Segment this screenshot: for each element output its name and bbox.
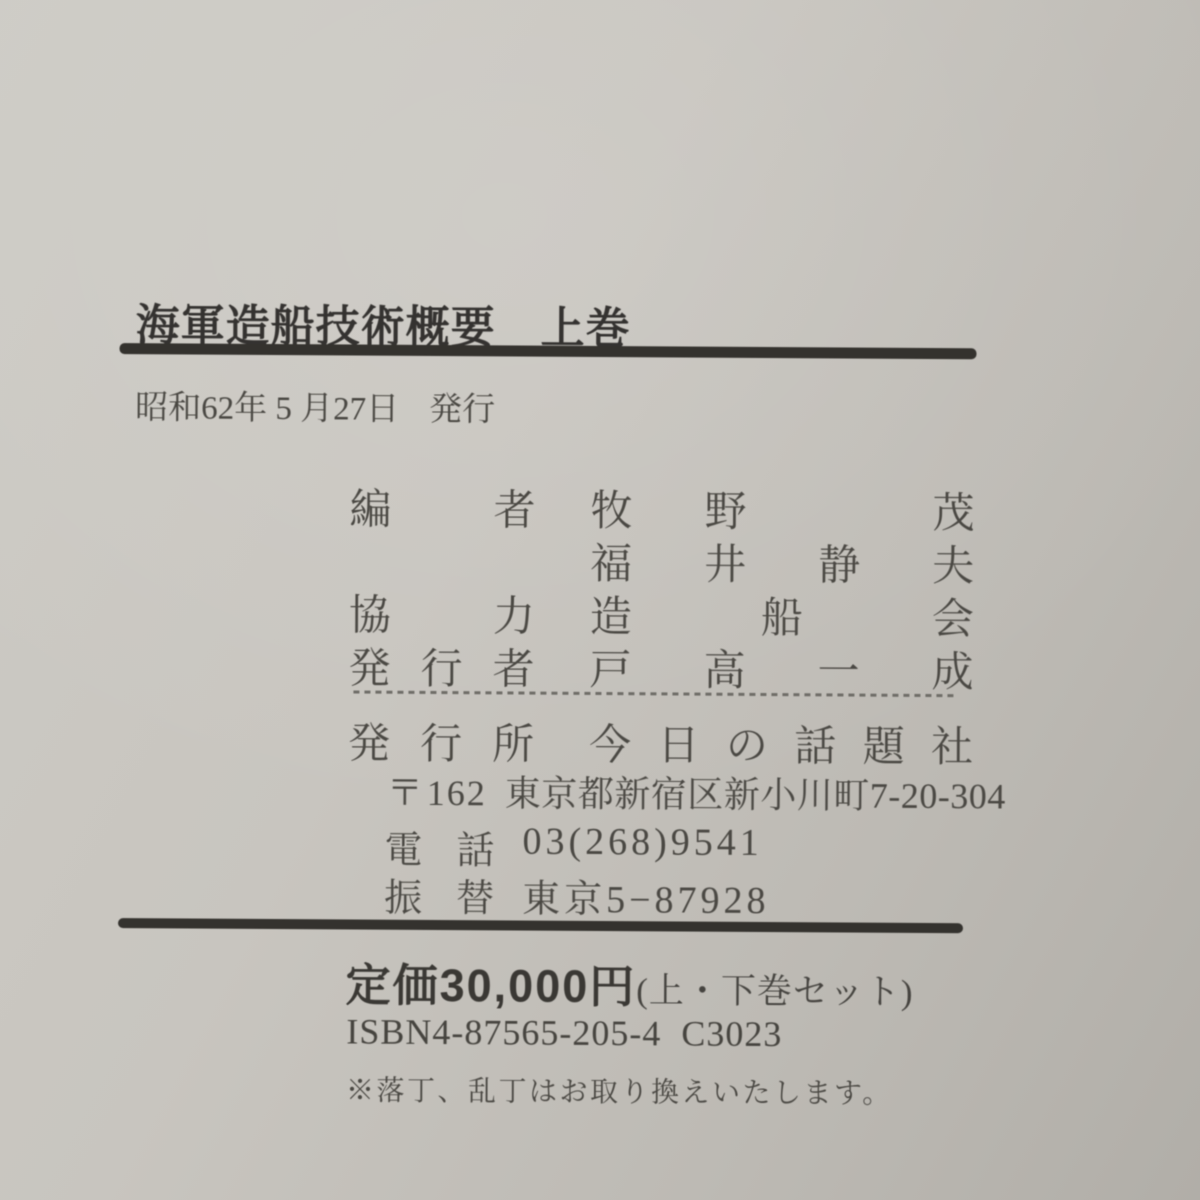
publisher-label: 発 行 所 <box>348 710 534 771</box>
credit-name-char: 牧 <box>590 478 632 538</box>
publisher-label-char: 行 <box>420 711 462 771</box>
credit-label: 発 行 者 <box>348 635 534 696</box>
publisher-name-char: 題 <box>863 714 905 774</box>
publisher-label-char: 所 <box>492 711 534 771</box>
credit-name-char: 野 <box>704 479 746 539</box>
price-text: 定価30,000円 <box>345 959 636 1012</box>
credit-label-char: 者 <box>492 636 534 696</box>
replacement-note: ※落丁、乱丁はお取り換えいたします。 <box>346 1068 893 1111</box>
phone-label-char: 話 <box>456 819 494 874</box>
credit-name-char: 造 <box>590 584 632 644</box>
publication-date-row: 昭和62年 5 月27日発行 <box>135 381 495 430</box>
credit-name-char: 福 <box>590 531 632 591</box>
credit-name-char <box>818 479 860 539</box>
publisher-name-char: の <box>726 713 768 773</box>
transfer-label-char: 振 <box>384 867 422 922</box>
credit-name-char: 船 <box>761 585 803 645</box>
credit-name-char: 茂 <box>932 480 974 540</box>
publisher-name-char: 今 <box>589 712 631 772</box>
credit-name-char: 夫 <box>932 533 974 593</box>
colophon-page-photo: 海軍造船技術概要 上巻 昭和62年 5 月27日発行 編 者 牧 野 茂 福 井… <box>0 0 1200 1200</box>
price-set-note: (上・下巻セット) <box>636 971 914 1012</box>
phone-number: 03(268)9541 <box>522 821 763 864</box>
title-divider-rule <box>119 343 976 359</box>
publication-date-label: 発行 <box>429 392 495 428</box>
publisher-name-char: 話 <box>794 713 836 773</box>
postal-code: 162 <box>427 773 487 813</box>
credit-label: 編 者 <box>349 476 535 537</box>
credit-label-char: 者 <box>493 477 535 537</box>
credit-name-char: 戸 <box>589 637 631 697</box>
bottom-divider-rule <box>118 918 963 933</box>
credit-name-char: 静 <box>818 532 860 592</box>
credit-label-char: 行 <box>420 636 462 696</box>
publisher-name-char: 社 <box>931 714 973 774</box>
address-text: 東京都新宿区新小川町7-20-304 <box>505 773 1006 816</box>
credit-name-char: 井 <box>704 532 746 592</box>
credit-name-char: 会 <box>932 586 974 646</box>
credit-name: 戸 高 一 成 <box>589 637 973 699</box>
transfer-row: 振替東京5−87928 <box>384 867 770 924</box>
credit-name-char: 一 <box>817 638 859 698</box>
credit-label: 協 力 <box>349 582 535 643</box>
credit-label-char: 編 <box>349 476 391 536</box>
transfer-label-char: 替 <box>456 867 494 922</box>
publisher-name-char: 日 <box>657 712 699 772</box>
transfer-label: 振替 <box>384 867 494 923</box>
phone-label-char: 電 <box>384 819 422 874</box>
postal-mark: 〒 <box>387 773 423 813</box>
credit-label-char: 力 <box>493 583 535 643</box>
publication-date: 昭和62年 5 月27日 <box>135 390 399 428</box>
credit-label-char: 発 <box>348 635 390 695</box>
colophon-content: 海軍造船技術概要 上巻 昭和62年 5 月27日発行 編 者 牧 野 茂 福 井… <box>0 0 1200 1200</box>
credit-name-char: 成 <box>931 639 973 699</box>
publisher-label-char: 発 <box>348 710 390 770</box>
credit-name-char: 高 <box>703 638 745 698</box>
price-row: 定価30,000円(上・下巻セット) <box>345 948 913 1016</box>
isbn-text: ISBN4-87565-205-4 C3023 <box>346 1010 782 1055</box>
credit-label-char: 協 <box>349 582 391 642</box>
publisher-name: 今 日 の 話 題 社 <box>589 712 973 774</box>
publisher-address-row: 〒162東京都新宿区新小川町7-20-304 <box>387 765 1006 820</box>
transfer-account-number: 東京5−87928 <box>522 879 770 923</box>
